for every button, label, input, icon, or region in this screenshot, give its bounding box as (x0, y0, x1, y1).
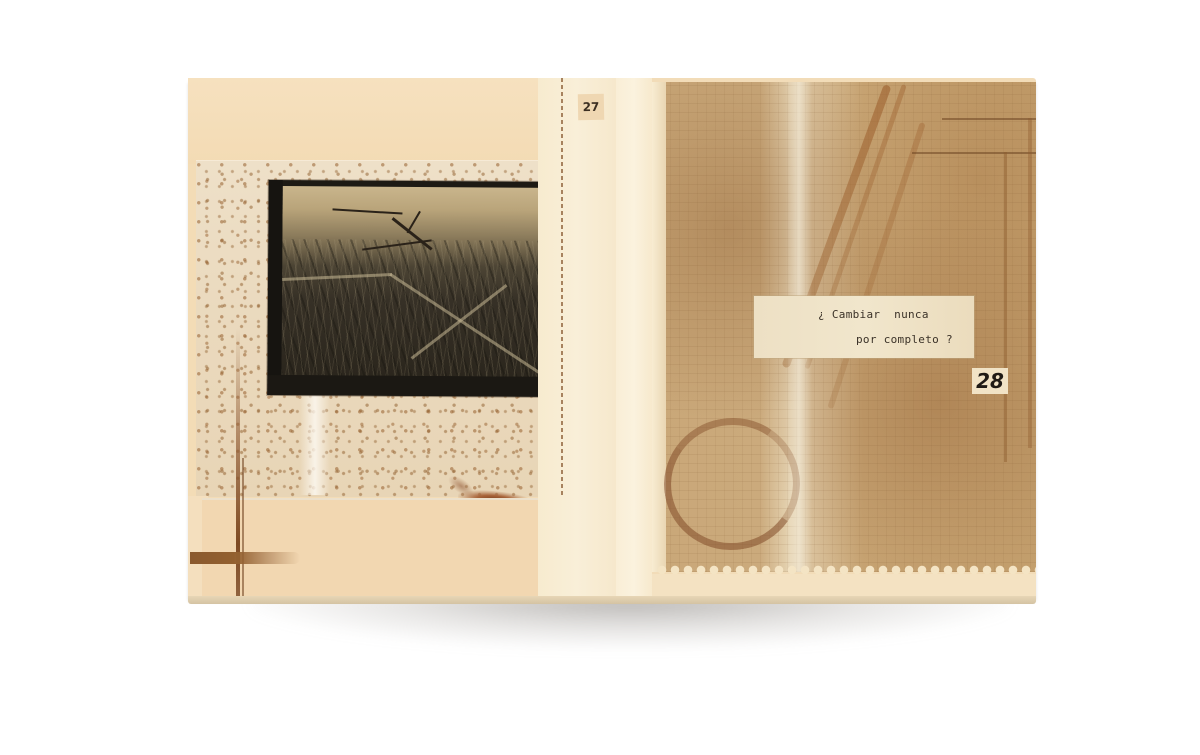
typewritten-text-slip: ¿ Cambiar nunca por completo ? (754, 296, 974, 358)
vintage-photograph (267, 180, 570, 397)
typewritten-line-1: ¿ Cambiar nunca (818, 308, 929, 321)
artist-book: 27 ¿ Cambiar nunca por completo ? 28 (188, 78, 1036, 598)
photo-grass-texture (281, 239, 568, 377)
frame-stain-line (1004, 152, 1007, 462)
frame-stain-line (942, 118, 1036, 120)
film-edge-bottom (267, 375, 569, 397)
book-gutter (616, 78, 652, 598)
left-bottom-paper-panel (202, 498, 538, 598)
left-page: 27 (188, 78, 616, 598)
photo-branch (407, 211, 421, 234)
photo-branch (332, 208, 402, 214)
photo-grass-scene (281, 186, 568, 377)
right-page-left-strip (652, 82, 666, 572)
paint-drip-horizontal (190, 552, 300, 564)
page-number-label: 28 (972, 368, 1008, 394)
typewritten-line-2: por completo ? (856, 333, 953, 346)
frame-stain-line (1028, 118, 1032, 448)
frame-stain-line (912, 152, 1036, 154)
perforated-notebook-edge (656, 562, 1036, 580)
book-bottom-edge (188, 596, 1036, 604)
left-top-paper-band (188, 78, 546, 164)
paint-drip-vertical (242, 458, 244, 598)
dashed-stain-line (561, 78, 563, 498)
spine-paper-strip (538, 78, 616, 598)
page-number-label: 27 (578, 94, 604, 120)
white-paint-streak (300, 383, 330, 495)
film-edge-left (267, 180, 283, 395)
